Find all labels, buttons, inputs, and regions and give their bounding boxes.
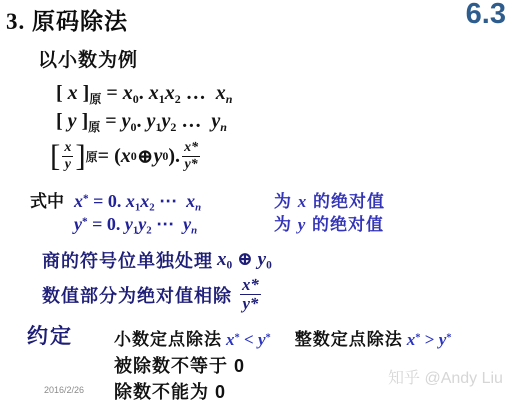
note-sign-text: 商的符号位单独处理 bbox=[42, 247, 213, 273]
convention-fraction-rule-text: 小数定点除法 bbox=[114, 325, 222, 350]
formula-y-original: [ y ]原 = y0. y1y2 … yn bbox=[56, 110, 227, 135]
note-magnitude-row: 数值部分为绝对值相除 x*y* bbox=[42, 276, 263, 314]
note-sign-formula: x0 ⊕ y0 bbox=[217, 248, 272, 272]
footer-date: 2016/2/26 bbox=[44, 385, 84, 395]
note-sign-row: 商的符号位单独处理 x0 ⊕ y0 bbox=[42, 247, 272, 273]
convention-fraction-rule-formula: x* < y* bbox=[226, 330, 271, 350]
conventions-label: 约定 bbox=[27, 320, 73, 350]
definition-row-y: y* = 0. y1y2 ⋯ yn 为 y 的绝对值 bbox=[74, 210, 384, 236]
page-title: 3. 原码除法 bbox=[6, 3, 128, 36]
formula-quotient-original: [xy]原 = (x0 ⊕ y0). x*y* bbox=[50, 136, 202, 176]
definitions-label: 式中 bbox=[30, 187, 74, 212]
abs-y-formula: y* = 0. y1y2 ⋯ yn bbox=[74, 214, 274, 236]
abs-y-description: 为 y 的绝对值 bbox=[274, 210, 384, 235]
convention-dividend-rule: 被除数不等于 0 bbox=[114, 352, 245, 378]
subtitle: 以小数为例 bbox=[38, 45, 138, 72]
note-magnitude-fraction: x*y* bbox=[238, 276, 263, 314]
convention-divisor-rule: 除数不能为 0 bbox=[114, 378, 226, 404]
note-magnitude-text: 数值部分为绝对值相除 bbox=[42, 282, 232, 308]
section-number: 6.3 bbox=[466, 0, 506, 31]
convention-comparison-row: 小数定点除法 x* < y* 整数定点除法 x* > y* bbox=[114, 325, 452, 350]
slide: 3. 原码除法 6.3 以小数为例 [ x ]原 = x0. x1x2 … xn… bbox=[0, 0, 514, 405]
formula-x-original: [ x ]原 = x0. x1x2 … xn bbox=[56, 82, 232, 107]
abs-x-description: 为 x 的绝对值 bbox=[274, 187, 385, 212]
convention-integer-rule-formula: x* > y* bbox=[407, 330, 452, 350]
watermark: 知乎 @Andy Liu bbox=[388, 365, 503, 388]
convention-integer-rule-text: 整数定点除法 bbox=[295, 325, 403, 350]
